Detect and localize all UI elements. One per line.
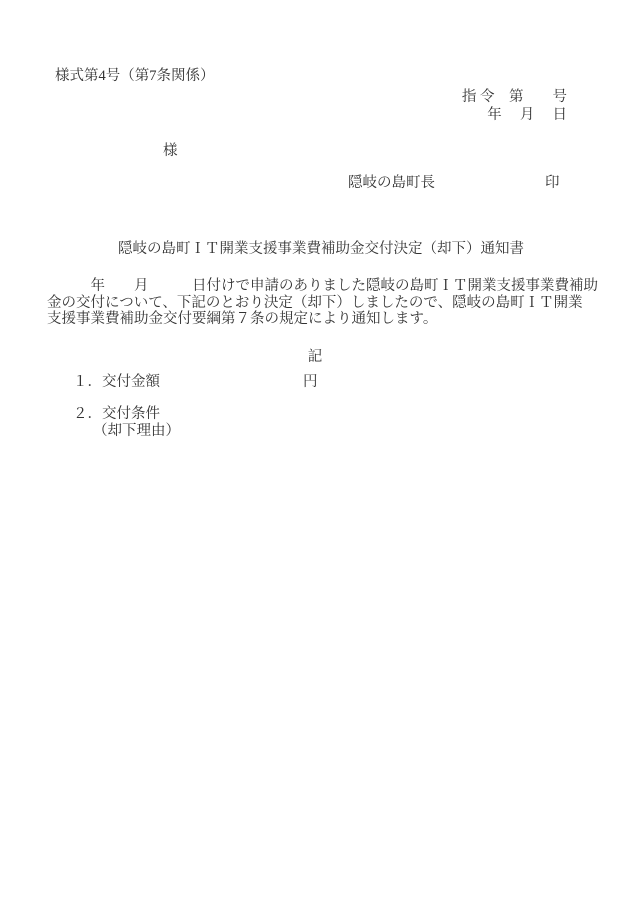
body-line-3: 支援事業費補助金交付要綱第７条の規定により通知します。 xyxy=(47,311,592,328)
body-line-1: 年 月 日付けで申請のありました隠岐の島町ＩＴ開業支援事業費補助 xyxy=(47,278,592,295)
directive-header-block: 指 令 第 号 年 月 日 xyxy=(462,89,567,124)
item-1-label: １．交付金額 xyxy=(73,374,160,391)
form-number: 様式第4号（第7条関係） xyxy=(55,68,215,85)
record-marker: 記 xyxy=(0,345,630,366)
seal-mark: 印 xyxy=(545,175,560,192)
document-title: 隠岐の島町ＩＴ開業支援事業費補助金交付決定（却下）通知書 xyxy=(118,237,524,258)
body-paragraph: 年 月 日付けで申請のありました隠岐の島町ＩＴ開業支援事業費補助 金の交付につい… xyxy=(47,278,592,328)
addressee-honorific: 様 xyxy=(163,143,178,160)
issue-date-line: 年 月 日 xyxy=(462,107,567,125)
item-1-unit: 円 xyxy=(303,374,318,391)
body-line-2: 金の交付について、下記のとおり決定（却下）しましたので、隠岐の島町ＩＴ開業 xyxy=(47,295,592,312)
notice-document-page: 様式第4号（第7条関係） 指 令 第 号 年 月 日 様 隠岐の島町長 印 隠岐… xyxy=(0,0,630,915)
item-2-label: ２．交付条件 xyxy=(73,406,160,423)
issuer-title: 隠岐の島町長 xyxy=(348,175,435,192)
directive-number-line: 指 令 第 号 xyxy=(462,89,567,107)
item-2-note: （却下理由） xyxy=(93,423,180,440)
